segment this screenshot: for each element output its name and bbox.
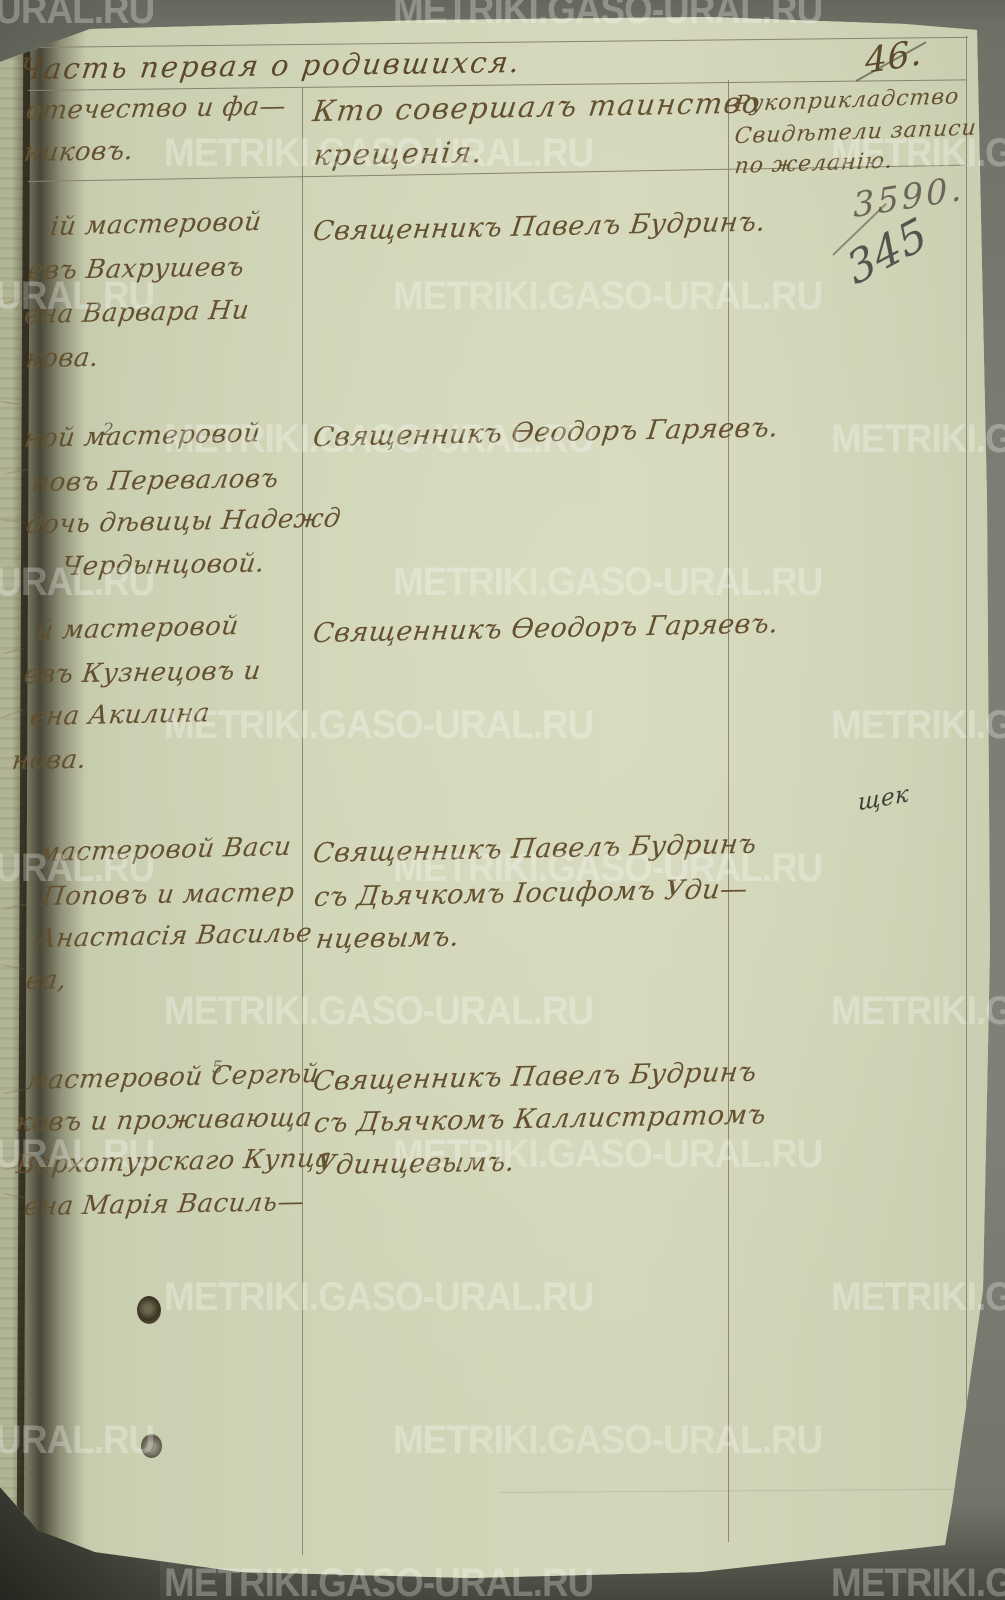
table-line-column-1 bbox=[302, 87, 303, 1555]
page-number: 46. bbox=[864, 33, 923, 82]
watermark: METRIKI.GASO-URAL.RU bbox=[831, 1275, 1005, 1320]
watermark: METRIKI.GASO-URAL.RU bbox=[164, 703, 593, 748]
watermark: METRIKI.GASO-URAL.RU bbox=[0, 846, 154, 891]
watermark: METRIKI.GASO-URAL.RU bbox=[0, 1132, 154, 1177]
entry3-priest-line1: Священникъ Ѳеодоръ Гаряевъ. bbox=[311, 608, 780, 649]
watermark: METRIKI.GASO-URAL.RU bbox=[831, 131, 1005, 176]
entry3-parents-line1: й мастеровой bbox=[35, 611, 241, 646]
entry3-parents-line2: евъ Кузнецовъ и bbox=[22, 656, 262, 690]
watermark: METRIKI.GASO-URAL.RU bbox=[393, 0, 822, 33]
watermark: METRIKI.GASO-URAL.RU bbox=[0, 560, 154, 605]
column1-header-line2: никовъ. bbox=[22, 136, 135, 168]
watermark: METRIKI.GASO-URAL.RU bbox=[831, 1561, 1005, 1600]
watermark: METRIKI.GASO-URAL.RU bbox=[831, 989, 1005, 1034]
metrical-book-scan: Часть первая о родившихся. 46. отечество… bbox=[0, 0, 1005, 1600]
watermark: METRIKI.GASO-URAL.RU bbox=[393, 274, 822, 319]
watermark: METRIKI.GASO-URAL.RU bbox=[164, 131, 593, 176]
entry4-priest-line3: нцевымъ. bbox=[314, 921, 461, 955]
entry2-parents-line2: новъ Переваловъ bbox=[30, 464, 280, 498]
entry5-parents-line1: мастеровой Сергѣй bbox=[25, 1059, 321, 1096]
watermark: METRIKI.GASO-URAL.RU bbox=[164, 1561, 593, 1600]
entry1-parents-line1: ій мастеровой bbox=[49, 207, 264, 242]
entry4-parents-line4: ва, bbox=[24, 965, 68, 996]
watermark: METRIKI.GASO-URAL.RU bbox=[831, 703, 1005, 748]
watermark: METRIKI.GASO-URAL.RU bbox=[393, 1132, 822, 1177]
watermark: METRIKI.GASO-URAL.RU bbox=[831, 417, 1005, 462]
watermark: METRIKI.GASO-URAL.RU bbox=[393, 560, 822, 605]
entry1-priest-line1: Священникъ Павелъ Будринъ. bbox=[311, 207, 767, 248]
watermark: METRIKI.GASO-URAL.RU bbox=[164, 989, 593, 1034]
watermark: METRIKI.GASO-URAL.RU bbox=[0, 0, 154, 33]
watermark: METRIKI.GASO-URAL.RU bbox=[0, 1418, 154, 1463]
entry5-parents-line4: ена Марія Василь— bbox=[22, 1187, 306, 1222]
table-line-bleed bbox=[500, 1489, 970, 1493]
page-title: Часть первая о родившихся. bbox=[18, 45, 524, 86]
entry5-priest-line1: Священникъ Павелъ Будринъ bbox=[311, 1057, 758, 1097]
watermark: METRIKI.GASO-URAL.RU bbox=[164, 1275, 593, 1320]
column2-header-line1: Кто совершалъ таинство bbox=[311, 85, 763, 128]
entry1-parents-line4: кова. bbox=[24, 343, 100, 374]
watermark: METRIKI.GASO-URAL.RU bbox=[393, 1418, 822, 1463]
watermark: METRIKI.GASO-URAL.RU bbox=[393, 846, 822, 891]
column3-header-line1: Рукоприкладство bbox=[733, 84, 960, 117]
column1-header-line1: отечество и фа— bbox=[24, 91, 288, 126]
watermark: METRIKI.GASO-URAL.RU bbox=[0, 274, 154, 319]
watermark: METRIKI.GASO-URAL.RU bbox=[164, 417, 593, 462]
worm-hole bbox=[137, 1296, 161, 1324]
paper-sheet: Часть первая о родившихся. 46. отечество… bbox=[0, 0, 1005, 1600]
entry3-parents-line4: нова. bbox=[10, 745, 88, 776]
margin-note: щек bbox=[858, 781, 909, 816]
entry4-parents-line3: Анастасія Василье bbox=[34, 918, 313, 954]
entry2-parents-line3: дочь дѣвицы Надежд bbox=[24, 503, 342, 540]
